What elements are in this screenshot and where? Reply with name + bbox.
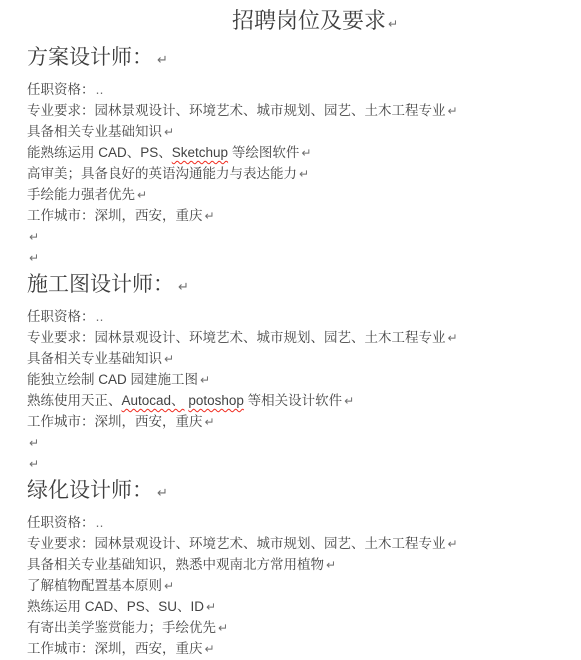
text-line: 能独立绘制 CAD 园建施工图↵ bbox=[27, 369, 555, 390]
text-line: 专业要求：园林景观设计、环境艺术、城市规划、园艺、土木工程专业↵ bbox=[27, 533, 555, 554]
line-text: 了解植物配置基本原则 bbox=[27, 578, 162, 593]
section-heading: 绿化设计师：↵ bbox=[27, 478, 555, 506]
doc-title: 招聘岗位及要求↵ bbox=[27, 6, 555, 39]
text-line: 具备相关专业基础知识↵ bbox=[27, 348, 555, 369]
text-line: 专业要求：园林景观设计、环境艺术、城市规划、园艺、土木工程专业↵ bbox=[27, 327, 555, 348]
text-line: 具备相关专业基础知识，熟悉中观南北方常用植物↵ bbox=[27, 554, 555, 575]
line-text: 任职资格： bbox=[27, 515, 95, 530]
text-line: 任职资格：‥ bbox=[27, 512, 555, 533]
pilcrow-mark: ↵ bbox=[164, 125, 174, 139]
pilcrow-mark: ↵ bbox=[388, 17, 398, 31]
job-section: 方案设计师：↵任职资格：‥专业要求：园林景观设计、环境艺术、城市规划、园艺、土木… bbox=[27, 45, 555, 268]
job-section: 施工图设计师：↵任职资格：‥专业要求：园林景观设计、环境艺术、城市规划、园艺、土… bbox=[27, 272, 555, 474]
text-line: ↵ bbox=[27, 453, 555, 474]
section-heading-text: 绿化设计师： bbox=[27, 479, 153, 502]
line-text: 工作城市：深圳，西安，重庆 bbox=[27, 208, 203, 223]
doc-title-text: 招聘岗位及要求 bbox=[232, 8, 386, 33]
pilcrow-mark: ↵ bbox=[29, 251, 39, 265]
text-line: 工作城市：深圳，西安，重庆↵ bbox=[27, 411, 555, 432]
text-line: 能熟练运用 CAD、PS、Sketchup 等绘图软件↵ bbox=[27, 142, 555, 163]
pilcrow-mark: ↵ bbox=[448, 331, 458, 345]
space-dots-mark: ‥ bbox=[96, 83, 104, 97]
line-text: 手绘能力强者优先 bbox=[27, 187, 135, 202]
pilcrow-mark: ↵ bbox=[206, 600, 216, 614]
line-text: 具备相关专业基础知识，熟悉中观南北方常用植物 bbox=[27, 557, 324, 572]
pilcrow-mark: ↵ bbox=[205, 415, 215, 429]
text-line: 了解植物配置基本原则↵ bbox=[27, 575, 555, 596]
line-text: 专业要求：园林景观设计、环境艺术、城市规划、园艺、土木工程专业 bbox=[27, 103, 446, 118]
job-section: 绿化设计师：↵任职资格：‥专业要求：园林景观设计、环境艺术、城市规划、园艺、土木… bbox=[27, 478, 555, 659]
text-line: 工作城市：深圳，西安，重庆↵ bbox=[27, 205, 555, 226]
line-text: 具备相关专业基础知识 bbox=[27, 124, 162, 139]
section-heading-text: 方案设计师： bbox=[27, 46, 153, 69]
pilcrow-mark: ↵ bbox=[29, 457, 39, 471]
pilcrow-mark: ↵ bbox=[326, 558, 336, 572]
line-text: 能熟练运用 CAD、PS、 bbox=[27, 145, 172, 160]
text-line: ↵ bbox=[27, 247, 555, 268]
pilcrow-mark: ↵ bbox=[448, 104, 458, 118]
text-line: ↵ bbox=[27, 432, 555, 453]
text-line: 工作城市：深圳，西安，重庆↵ bbox=[27, 638, 555, 659]
pilcrow-mark: ↵ bbox=[29, 436, 39, 450]
text-line: ↵ bbox=[27, 226, 555, 247]
section-heading: 方案设计师：↵ bbox=[27, 45, 555, 73]
line-text: 工作城市：深圳，西安，重庆 bbox=[27, 414, 203, 429]
text-line: 具备相关专业基础知识↵ bbox=[27, 121, 555, 142]
section-heading: 施工图设计师：↵ bbox=[27, 272, 555, 300]
line-text: 具备相关专业基础知识 bbox=[27, 351, 162, 366]
line-text: 专业要求：园林景观设计、环境艺术、城市规划、园艺、土木工程专业 bbox=[27, 536, 446, 551]
space-dots-mark: ‥ bbox=[96, 310, 104, 324]
text-line: 熟练使用天正、Autocad、 potoshop 等相关设计软件↵ bbox=[27, 390, 555, 411]
line-text: 工作城市：深圳，西安，重庆 bbox=[27, 641, 203, 656]
line-text: 等相关设计软件 bbox=[244, 393, 342, 408]
pilcrow-mark: ↵ bbox=[164, 579, 174, 593]
section-heading-text: 施工图设计师： bbox=[27, 273, 174, 296]
space-dots-mark: ‥ bbox=[96, 516, 104, 530]
line-text: 熟练运用 CAD、PS、SU、ID bbox=[27, 599, 204, 614]
misspelled-word: Sketchup bbox=[172, 145, 228, 160]
text-line: 高审美；具备良好的英语沟通能力与表达能力↵ bbox=[27, 163, 555, 184]
line-text: 专业要求：园林景观设计、环境艺术、城市规划、园艺、土木工程专业 bbox=[27, 330, 446, 345]
misspelled-word: potoshop bbox=[188, 393, 244, 408]
pilcrow-mark: ↵ bbox=[200, 373, 210, 387]
line-text: 等绘图软件 bbox=[228, 145, 299, 160]
pilcrow-mark: ↵ bbox=[178, 279, 189, 294]
text-line: 熟练运用 CAD、PS、SU、ID↵ bbox=[27, 596, 555, 617]
pilcrow-mark: ↵ bbox=[301, 146, 311, 160]
pilcrow-mark: ↵ bbox=[157, 485, 168, 500]
line-text: 任职资格： bbox=[27, 82, 95, 97]
pilcrow-mark: ↵ bbox=[29, 230, 39, 244]
line-text: 任职资格： bbox=[27, 309, 95, 324]
pilcrow-mark: ↵ bbox=[205, 642, 215, 656]
pilcrow-mark: ↵ bbox=[164, 352, 174, 366]
pilcrow-mark: ↵ bbox=[448, 537, 458, 551]
text-line: 任职资格：‥ bbox=[27, 79, 555, 100]
line-text: 高审美；具备良好的英语沟通能力与表达能力 bbox=[27, 166, 297, 181]
misspelled-word: Autocad、 bbox=[122, 393, 185, 408]
sections-container: 方案设计师：↵任职资格：‥专业要求：园林景观设计、环境艺术、城市规划、园艺、土木… bbox=[27, 45, 555, 659]
text-line: 手绘能力强者优先↵ bbox=[27, 184, 555, 205]
pilcrow-mark: ↵ bbox=[344, 394, 354, 408]
text-line: 专业要求：园林景观设计、环境艺术、城市规划、园艺、土木工程专业↵ bbox=[27, 100, 555, 121]
text-line: 有寄出美学鉴赏能力；手绘优先↵ bbox=[27, 617, 555, 638]
pilcrow-mark: ↵ bbox=[218, 621, 228, 635]
pilcrow-mark: ↵ bbox=[157, 52, 168, 67]
document-page: 招聘岗位及要求↵ 方案设计师：↵任职资格：‥专业要求：园林景观设计、环境艺术、城… bbox=[0, 0, 581, 660]
line-text: 有寄出美学鉴赏能力；手绘优先 bbox=[27, 620, 216, 635]
text-line: 任职资格：‥ bbox=[27, 306, 555, 327]
pilcrow-mark: ↵ bbox=[205, 209, 215, 223]
pilcrow-mark: ↵ bbox=[137, 188, 147, 202]
pilcrow-mark: ↵ bbox=[299, 167, 309, 181]
line-text: 熟练使用天正、 bbox=[27, 393, 122, 408]
line-text: 能独立绘制 CAD 园建施工图 bbox=[27, 372, 198, 387]
